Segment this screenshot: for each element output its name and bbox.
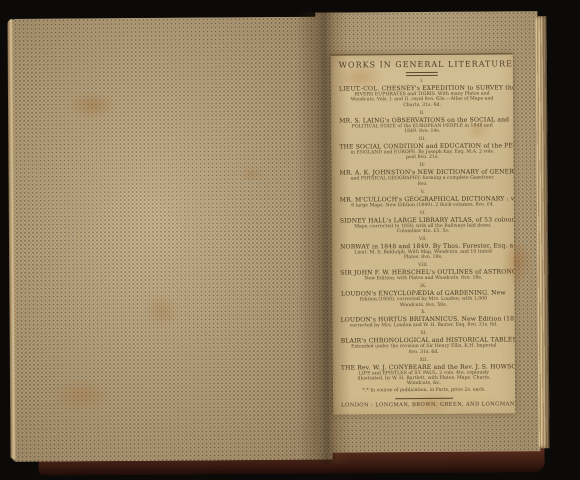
entry-detail: in ENGLAND and EUROPE. By Joseph Kay, Es… [339, 149, 505, 161]
entry-detail: Extended under the revision of Sir Henry… [341, 344, 507, 356]
list-item: I. LIEUT.-COL. CHESNEY's EXPEDITION to S… [339, 78, 505, 108]
publisher-imprint: LONDON : LONGMAN, BROWN, GREEN, AND LONG… [341, 402, 507, 409]
entry-detail: Lieut. M. S. Biddulph. With Map, Woodcut… [340, 249, 506, 261]
list-item: IV. MR. A. K. JOHNSTON's NEW DICTIONARY … [339, 163, 505, 188]
entry-detail: RIVERS EUPHRATES and TIGRIS. With many P… [339, 91, 505, 108]
entry-detail: LIFE and EPISTLES of ST. PAUL. 2 vols. 4… [341, 370, 507, 387]
page-title: WORKS IN GENERAL LITERATURE. [339, 59, 505, 70]
open-book: WORKS IN GENERAL LITERATURE. I. LIEUT.-C… [7, 10, 550, 468]
imprint-rule [395, 398, 453, 399]
entry-detail: POLITICAL STATE of the EUROPEAN PEOPLE i… [339, 123, 505, 135]
entry-detail: Edition (1850), corrected by Mrs. Loudon… [340, 297, 506, 309]
photo-backdrop: WORKS IN GENERAL LITERATURE. I. LIEUT.-C… [0, 0, 580, 480]
list-item: II. MR. S. LAING's OBSERVATIONS on the S… [339, 110, 505, 135]
entry-detail: and PHYSICAL GEOGRAPHY; forming a comple… [340, 176, 506, 188]
right-endpaper: WORKS IN GENERAL LITERATURE. I. LIEUT.-C… [315, 11, 540, 453]
list-item: XII. THE Rev. W. J. CONYBEARE and the Re… [341, 357, 507, 387]
entry-detail: 6 large Maps. New Edition (1849). 2 thic… [340, 202, 506, 209]
entry-detail: Maps, corrected to 1850; with all the Ra… [340, 223, 506, 235]
book-list: I. LIEUT.-COL. CHESNEY's EXPEDITION to S… [339, 78, 507, 387]
list-item: X. LOUDON's HORTUS BRITANNICUS. New Edit… [341, 310, 507, 330]
title-rule [406, 72, 438, 76]
list-item: VI. SIDNEY HALL's LARGE LIBRARY ATLAS, o… [340, 210, 506, 235]
publisher-ad-page: WORKS IN GENERAL LITERATURE. I. LIEUT.-C… [331, 53, 516, 414]
page-sheen [9, 17, 332, 462]
entry-detail: New Edition; with Plates and Woodcuts. 8… [340, 276, 506, 283]
list-item: V. MR. M'CULLOCH's GEOGRAPHICAL DICTIONA… [340, 189, 506, 209]
list-item: VIII. SIR JOHN F. W. HERSCHEL's OUTLINES… [340, 263, 506, 283]
left-endpaper [9, 17, 332, 462]
list-item: IX. LOUDON's ENCYCLOPÆDIA of GARDENING. … [340, 284, 506, 309]
publication-note: *.* In course of publication, in Parts, … [341, 388, 507, 395]
list-item: VII. NORWAY in 1848 and 1849. By Thos. F… [340, 236, 506, 261]
list-item: III. THE SOCIAL CONDITION and EDUCATION … [339, 136, 505, 161]
page-fore-edge [535, 16, 549, 448]
entry-detail: corrected by Mrs. Loudon and W. H. Baxte… [341, 323, 507, 330]
list-item: XI. BLAIR's CHRONOLOGICAL and HISTORICAL… [341, 331, 507, 356]
